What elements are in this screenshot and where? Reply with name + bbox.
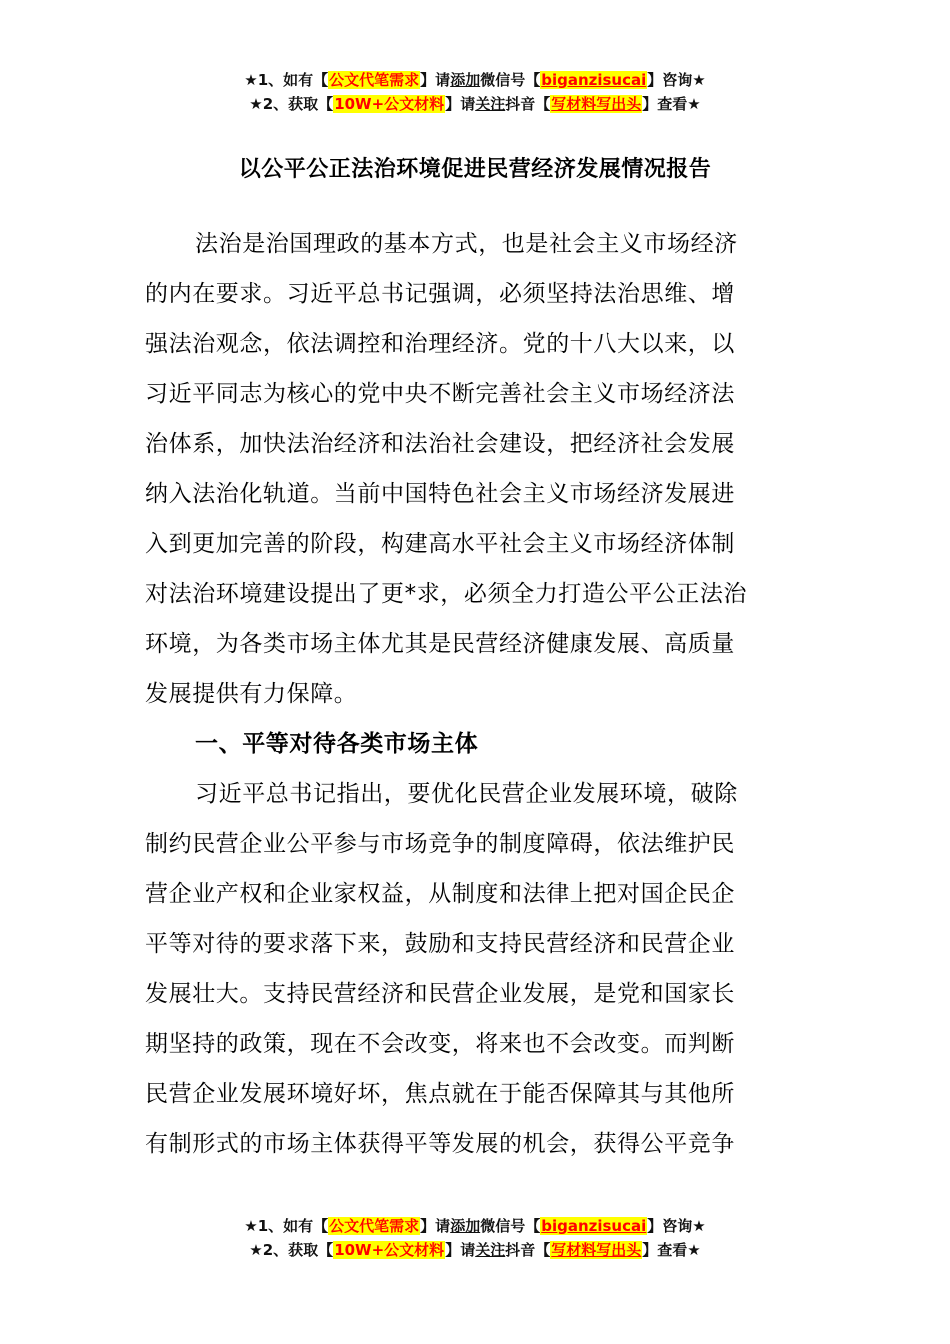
promo-underlined-add: 添加 [450, 71, 480, 89]
promo-underlined-follow: 关注 [475, 95, 505, 113]
promo-text: 】请 [445, 1241, 475, 1259]
promo-text: 】请 [420, 71, 450, 89]
text-line: 习近平总书记指出，要优化民营企业发展环境，破除 [145, 769, 805, 819]
promo-banner-header: ★1、如有【公文代笔需求】请添加微信号【biganzisucai】咨询★ ★2、… [0, 68, 950, 116]
section-heading: 一、平等对待各类市场主体 [145, 719, 805, 769]
promo-highlight-service: 公文代笔需求 [328, 71, 420, 89]
promo-highlight-service: 公文代笔需求 [328, 1217, 420, 1235]
text-line: 强法治观念，依法调控和治理经济。党的十八大以来，以 [145, 319, 805, 369]
text-line: 制约民营企业公平参与市场竞争的制度障碍，依法维护民 [145, 819, 805, 869]
promo-highlight-materials: 10W+公文材料 [333, 1241, 445, 1259]
text-line: 治体系，加快法治经济和法治社会建设，把经济社会发展 [145, 419, 805, 469]
promo-text: 】查看★ [642, 1241, 700, 1259]
promo-text: 】咨询★ [647, 1217, 705, 1235]
promo-text: 】请 [445, 95, 475, 113]
text-line: 对法治环境建设提出了更*求，必须全力打造公平公正法治 [145, 569, 805, 619]
promo-douyin-account[interactable]: 写材料写出头 [550, 1241, 642, 1259]
paragraph-intro: 法治是治国理政的基本方式，也是社会主义市场经济 的内在要求。习近平总书记强调，必… [145, 219, 805, 719]
document-body: 法治是治国理政的基本方式，也是社会主义市场经济 的内在要求。习近平总书记强调，必… [145, 219, 805, 1169]
text-line: 平等对待的要求落下来，鼓励和支持民营经济和民营企业 [145, 919, 805, 969]
promo-douyin-account[interactable]: 写材料写出头 [550, 95, 642, 113]
text-line: 发展壮大。支持民营经济和民营企业发展，是党和国家长 [145, 969, 805, 1019]
text-line: 有制形式的市场主体获得平等发展的机会，获得公平竞争 [145, 1119, 805, 1169]
promo-text: ★1、如有【 [244, 71, 328, 89]
promo-text: ★2、获取【 [249, 1241, 333, 1259]
text-line: 营企业产权和企业家权益，从制度和法律上把对国企民企 [145, 869, 805, 919]
text-line: 习近平同志为核心的党中央不断完善社会主义市场经济法 [145, 369, 805, 419]
promo-text: 】查看★ [642, 95, 700, 113]
promo-text: ★2、获取【 [249, 95, 333, 113]
promo-banner-footer: ★1、如有【公文代笔需求】请添加微信号【biganzisucai】咨询★ ★2、… [0, 1214, 950, 1262]
text-line: 环境，为各类市场主体尤其是民营经济健康发展、高质量 [145, 619, 805, 669]
promo-text: 抖音【 [505, 1241, 550, 1259]
document-title: 以公平公正法治环境促进民营经济发展情况报告 [0, 154, 950, 186]
promo-underlined-follow: 关注 [475, 1241, 505, 1259]
paragraph-section-1: 习近平总书记指出，要优化民营企业发展环境，破除 制约民营企业公平参与市场竞争的制… [145, 769, 805, 1169]
promo-wechat-id[interactable]: biganzisucai [540, 71, 647, 89]
promo-line-2: ★2、获取【10W+公文材料】请关注抖音【写材料写出头】查看★ [0, 92, 950, 116]
promo-text: ★1、如有【 [244, 1217, 328, 1235]
text-line: 的内在要求。习近平总书记强调，必须坚持法治思维、增 [145, 269, 805, 319]
promo-text: 微信号【 [480, 1217, 540, 1235]
promo-text: 】咨询★ [647, 71, 705, 89]
promo-text: 】请 [420, 1217, 450, 1235]
promo-text: 抖音【 [505, 95, 550, 113]
text-line: 民营企业发展环境好坏，焦点就在于能否保障其与其他所 [145, 1069, 805, 1119]
promo-line-1: ★1、如有【公文代笔需求】请添加微信号【biganzisucai】咨询★ [0, 1214, 950, 1238]
text-line: 法治是治国理政的基本方式，也是社会主义市场经济 [145, 219, 805, 269]
promo-wechat-id[interactable]: biganzisucai [540, 1217, 647, 1235]
promo-highlight-materials: 10W+公文材料 [333, 95, 445, 113]
promo-text: 微信号【 [480, 71, 540, 89]
promo-line-1: ★1、如有【公文代笔需求】请添加微信号【biganzisucai】咨询★ [0, 68, 950, 92]
text-line: 期坚持的政策，现在不会改变，将来也不会改变。而判断 [145, 1019, 805, 1069]
promo-underlined-add: 添加 [450, 1217, 480, 1235]
text-line: 入到更加完善的阶段，构建高水平社会主义市场经济体制 [145, 519, 805, 569]
text-line: 发展提供有力保障。 [145, 669, 805, 719]
promo-line-2: ★2、获取【10W+公文材料】请关注抖音【写材料写出头】查看★ [0, 1238, 950, 1262]
text-line: 纳入法治化轨道。当前中国特色社会主义市场经济发展进 [145, 469, 805, 519]
